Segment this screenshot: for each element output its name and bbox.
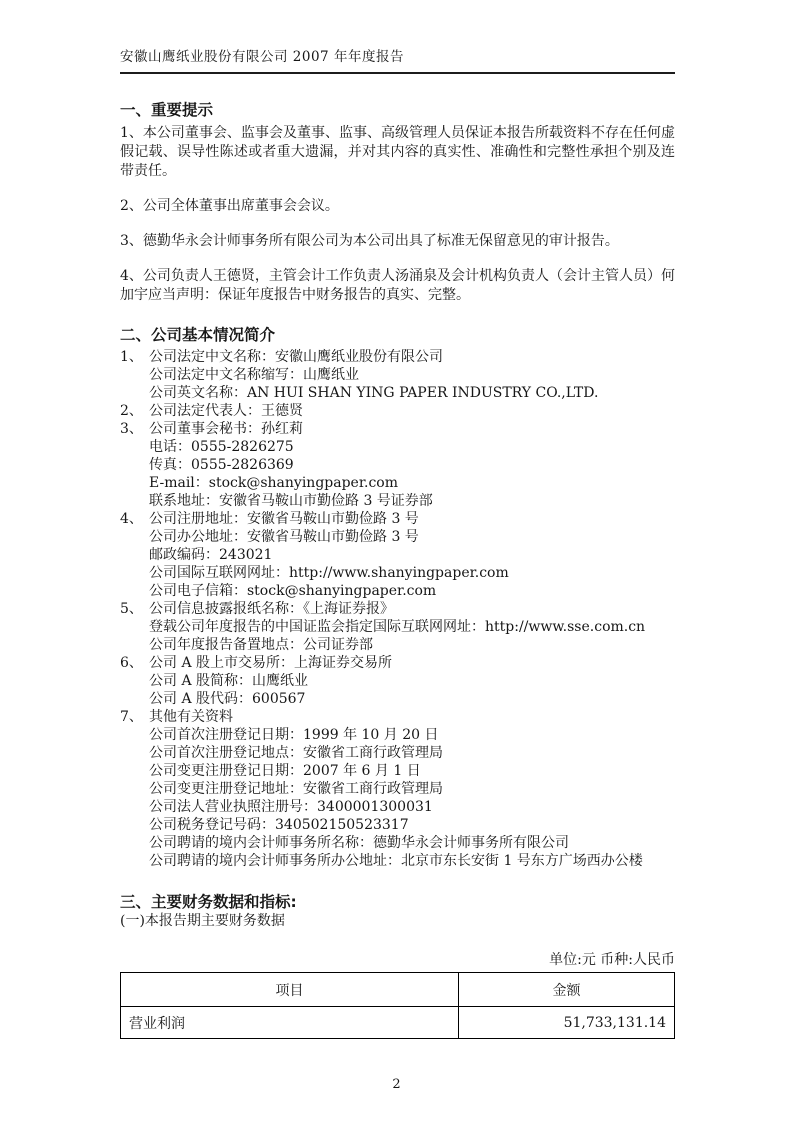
list-item: 4、 公司注册地址：安徽省马鞍山市勤俭路 3 号 公司办公地址：安徽省马鞍山市勤… <box>120 510 675 600</box>
list-item: 7、 其他有关资料 公司首次注册登记日期：1999 年 10 月 20 日 公司… <box>120 708 675 870</box>
item-line: 公司英文名称：AN HUI SHAN YING PAPER INDUSTRY C… <box>149 384 675 402</box>
table-cell-amount: 51,733,131.14 <box>458 1007 674 1039</box>
item-line: 公司信息披露报纸名称：《上海证券报》 <box>149 600 675 618</box>
item-number: 4、 <box>120 510 149 600</box>
notice-paragraph: 1、本公司董事会、监事会及董事、监事、高级管理人员保证本报告所载资料不存在任何虚… <box>120 124 675 181</box>
item-line: 公司法人营业执照注册号：3400001300031 <box>149 798 675 816</box>
unit-currency-note: 单位:元 币种:人民币 <box>120 951 675 969</box>
notice-paragraph: 2、公司全体董事出席董事会会议。 <box>120 197 675 216</box>
item-line: 公司 A 股代码：600567 <box>149 690 675 708</box>
item-line: 公司聘请的境内会计师事务所名称：德勤华永会计师事务所有限公司 <box>149 834 675 852</box>
financial-table: 项目 金额 营业利润 51,733,131.14 <box>120 972 675 1039</box>
list-item: 6、 公司 A 股上市交易所：上海证券交易所 公司 A 股简称：山鹰纸业 公司 … <box>120 654 675 708</box>
item-line: 电话：0555-2826275 <box>149 438 675 456</box>
item-line: 公司税务登记号码：340502150523317 <box>149 816 675 834</box>
item-line: 公司法定代表人：王德贤 <box>149 402 675 420</box>
item-line: 公司 A 股简称：山鹰纸业 <box>149 672 675 690</box>
list-item: 2、 公司法定代表人：王德贤 <box>120 402 675 420</box>
section-title-company-profile: 二、公司基本情况简介 <box>120 325 675 345</box>
item-line: 公司办公地址：安徽省马鞍山市勤俭路 3 号 <box>149 528 675 546</box>
notice-paragraph: 3、德勤华永会计师事务所有限公司为本公司出具了标准无保留意见的审计报告。 <box>120 232 675 251</box>
financial-data-subtitle: (一)本报告期主要财务数据 <box>120 912 675 931</box>
table-header-item: 项目 <box>121 973 459 1007</box>
list-item: 5、 公司信息披露报纸名称：《上海证券报》 登载公司年度报告的中国证监会指定国际… <box>120 600 675 654</box>
item-line: 联系地址：安徽省马鞍山市勤俭路 3 号证券部 <box>149 492 675 510</box>
item-line: 公司法定中文名称缩写：山鹰纸业 <box>149 366 675 384</box>
section-title-financial-data: 三、主要财务数据和指标: <box>120 892 675 912</box>
item-line: 公司变更注册登记日期：2007 年 6 月 1 日 <box>149 762 675 780</box>
item-number: 7、 <box>120 708 149 870</box>
table-row: 营业利润 51,733,131.14 <box>121 1007 675 1039</box>
item-line: 登载公司年度报告的中国证监会指定国际互联网网址：http://www.sse.c… <box>149 618 675 636</box>
table-header-row: 项目 金额 <box>121 973 675 1007</box>
table-header-amount: 金额 <box>458 973 674 1007</box>
item-number: 3、 <box>120 420 149 510</box>
section-title-important-notice: 一、重要提示 <box>120 100 675 120</box>
item-line: E-mail：stock@shanyingpaper.com <box>149 474 675 492</box>
item-line: 其他有关资料 <box>149 708 675 726</box>
item-line: 公司国际互联网网址：http://www.shanyingpaper.com <box>149 564 675 582</box>
item-line: 公司聘请的境内会计师事务所办公地址：北京市东长安街 1 号东方广场西办公楼 <box>149 852 675 870</box>
list-item: 1、 公司法定中文名称：安徽山鹰纸业股份有限公司 公司法定中文名称缩写：山鹰纸业… <box>120 348 675 402</box>
notice-paragraph: 4、公司负责人王德贤，主管会计工作负责人汤涌泉及会计机构负责人（会计主管人员）何… <box>120 267 675 305</box>
item-line: 传真：0555-2826369 <box>149 456 675 474</box>
page-content: 安徽山鹰纸业股份有限公司 2007 年年度报告 一、重要提示 1、本公司董事会、… <box>0 0 793 1039</box>
item-number: 6、 <box>120 654 149 708</box>
item-number: 5、 <box>120 600 149 654</box>
document-header: 安徽山鹰纸业股份有限公司 2007 年年度报告 <box>120 45 675 74</box>
page-number: 2 <box>0 1077 793 1092</box>
item-number: 2、 <box>120 402 149 420</box>
item-line: 公司首次注册登记地点：安徽省工商行政管理局 <box>149 744 675 762</box>
item-line: 公司电子信箱：stock@shanyingpaper.com <box>149 582 675 600</box>
item-line: 公司注册地址：安徽省马鞍山市勤俭路 3 号 <box>149 510 675 528</box>
table-cell-item: 营业利润 <box>121 1007 459 1039</box>
item-line: 公司 A 股上市交易所：上海证券交易所 <box>149 654 675 672</box>
item-line: 公司年度报告备置地点：公司证券部 <box>149 636 675 654</box>
item-line: 公司法定中文名称：安徽山鹰纸业股份有限公司 <box>149 348 675 366</box>
list-item: 3、 公司董事会秘书：孙红莉 电话：0555-2826275 传真：0555-2… <box>120 420 675 510</box>
item-line: 邮政编码：243021 <box>149 546 675 564</box>
item-line: 公司首次注册登记日期：1999 年 10 月 20 日 <box>149 726 675 744</box>
company-profile-list: 1、 公司法定中文名称：安徽山鹰纸业股份有限公司 公司法定中文名称缩写：山鹰纸业… <box>120 348 675 870</box>
item-line: 公司董事会秘书：孙红莉 <box>149 420 675 438</box>
item-number: 1、 <box>120 348 149 402</box>
item-line: 公司变更注册登记地址：安徽省工商行政管理局 <box>149 780 675 798</box>
